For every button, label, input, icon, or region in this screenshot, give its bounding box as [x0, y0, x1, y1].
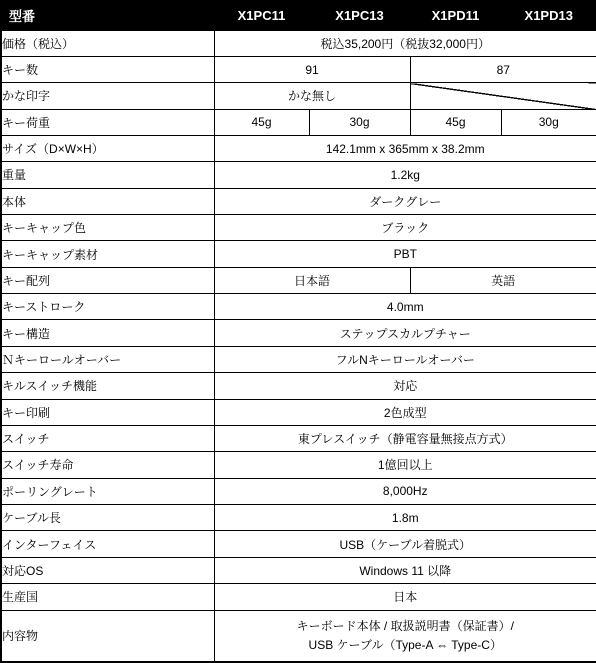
- spec-value: 1.8m: [214, 504, 596, 530]
- spec-row-label: 対応OS: [1, 557, 214, 583]
- spec-row: 内容物キーボード本体 / 取扱説明書（保証書）/ USB ケーブル（Type-A…: [1, 610, 596, 662]
- spec-value: 4.0mm: [214, 294, 596, 320]
- spec-value: かな無し: [214, 83, 410, 109]
- spec-value: 日本: [214, 584, 596, 610]
- spec-value: ダークグレー: [214, 188, 596, 214]
- spec-value: 対応: [214, 373, 596, 399]
- spec-row-label: 内容物: [1, 610, 214, 662]
- spec-row-label: ケーブル長: [1, 504, 214, 530]
- spec-row: 生産国日本: [1, 584, 596, 610]
- model-number-header-label: 型番: [1, 1, 214, 30]
- header-model-name: X1PD13: [501, 1, 596, 30]
- spec-value: 1.2kg: [214, 162, 596, 188]
- spec-row-label: スイッチ: [1, 425, 214, 451]
- not-applicable-diagonal-cell: [410, 83, 596, 109]
- spec-row: キーキャップ色ブラック: [1, 215, 596, 241]
- spec-row-label: キーキャップ色: [1, 215, 214, 241]
- spec-value: 英語: [410, 267, 596, 293]
- spec-row: ケーブル長1.8m: [1, 504, 596, 530]
- header-model-name: X1PD11: [410, 1, 501, 30]
- spec-row: 重量1.2kg: [1, 162, 596, 188]
- spec-value: 税込35,200円（税抜32,000円）: [214, 30, 596, 56]
- spec-row: キーストローク4.0mm: [1, 294, 596, 320]
- spec-row: 対応OSWindows 11 以降: [1, 557, 596, 583]
- spec-value: キーボード本体 / 取扱説明書（保証書）/ USB ケーブル（Type-A ⇔ …: [214, 610, 596, 662]
- spec-row-label: キーキャップ素材: [1, 241, 214, 267]
- model-header-row: 型番 X1PC11X1PC13X1PD11X1PD13: [1, 1, 596, 30]
- spec-row: キルスイッチ機能対応: [1, 373, 596, 399]
- spec-row-label: キー構造: [1, 320, 214, 346]
- spec-value: 142.1mm x 365mm x 38.2mm: [214, 135, 596, 161]
- spec-row-label: 重量: [1, 162, 214, 188]
- spec-row: スイッチ寿命1億回以上: [1, 452, 596, 478]
- spec-value: 8,000Hz: [214, 478, 596, 504]
- spec-row: キー荷重45g30g45g30g: [1, 109, 596, 135]
- spec-value: USB（ケーブル着脱式）: [214, 531, 596, 557]
- spec-row-label: スイッチ寿命: [1, 452, 214, 478]
- spec-value: 東プレスイッチ（静電容量無接点方式）: [214, 425, 596, 451]
- spec-value: 2色成型: [214, 399, 596, 425]
- spec-row-label: キー配列: [1, 267, 214, 293]
- spec-value: ブラック: [214, 215, 596, 241]
- spec-value: ステップスカルプチャー: [214, 320, 596, 346]
- keyboard-spec-table: 型番 X1PC11X1PC13X1PD11X1PD13 価格（税込）税込35,2…: [0, 0, 596, 663]
- spec-value: Windows 11 以降: [214, 557, 596, 583]
- spec-row: サイズ（D×W×H）142.1mm x 365mm x 38.2mm: [1, 135, 596, 161]
- spec-row-label: サイズ（D×W×H）: [1, 135, 214, 161]
- spec-row: インターフェイスUSB（ケーブル着脱式）: [1, 531, 596, 557]
- spec-row-label: キーストローク: [1, 294, 214, 320]
- spec-row: ＮキーロールオーバーフルNキーロールオーバー: [1, 346, 596, 372]
- spec-sheet-page: 型番 X1PC11X1PC13X1PD11X1PD13 価格（税込）税込35,2…: [0, 0, 596, 663]
- spec-row-label: かな印字: [1, 83, 214, 109]
- spec-row-label: キー荷重: [1, 109, 214, 135]
- spec-value: 91: [214, 56, 410, 82]
- spec-value: 45g: [214, 109, 309, 135]
- spec-row: ポーリングレート8,000Hz: [1, 478, 596, 504]
- spec-value: 30g: [501, 109, 596, 135]
- spec-row-label: キー印刷: [1, 399, 214, 425]
- spec-value: 1億回以上: [214, 452, 596, 478]
- spec-value: 日本語: [214, 267, 410, 293]
- spec-row-label: キルスイッチ機能: [1, 373, 214, 399]
- header-model-name: X1PC11: [214, 1, 309, 30]
- spec-row-label: 生産国: [1, 584, 214, 610]
- spec-value: 30g: [309, 109, 410, 135]
- spec-value: フルNキーロールオーバー: [214, 346, 596, 372]
- header-model-name: X1PC13: [309, 1, 410, 30]
- spec-value: 45g: [410, 109, 501, 135]
- spec-row: 価格（税込）税込35,200円（税抜32,000円）: [1, 30, 596, 56]
- spec-row-label: 本体: [1, 188, 214, 214]
- spec-value: PBT: [214, 241, 596, 267]
- spec-row-label: ポーリングレート: [1, 478, 214, 504]
- spec-row-label: キー数: [1, 56, 214, 82]
- spec-row: キー数9187: [1, 56, 596, 82]
- spec-value: 87: [410, 56, 596, 82]
- spec-row: スイッチ東プレスイッチ（静電容量無接点方式）: [1, 425, 596, 451]
- spec-row-label: Ｎキーロールオーバー: [1, 346, 214, 372]
- spec-row-label: 価格（税込）: [1, 30, 214, 56]
- spec-row: キー配列日本語英語: [1, 267, 596, 293]
- spec-row: キー構造ステップスカルプチャー: [1, 320, 596, 346]
- spec-row: かな印字かな無し: [1, 83, 596, 109]
- spec-row: キー印刷2色成型: [1, 399, 596, 425]
- spec-row: キーキャップ素材PBT: [1, 241, 596, 267]
- spec-row-label: インターフェイス: [1, 531, 214, 557]
- spec-row: 本体ダークグレー: [1, 188, 596, 214]
